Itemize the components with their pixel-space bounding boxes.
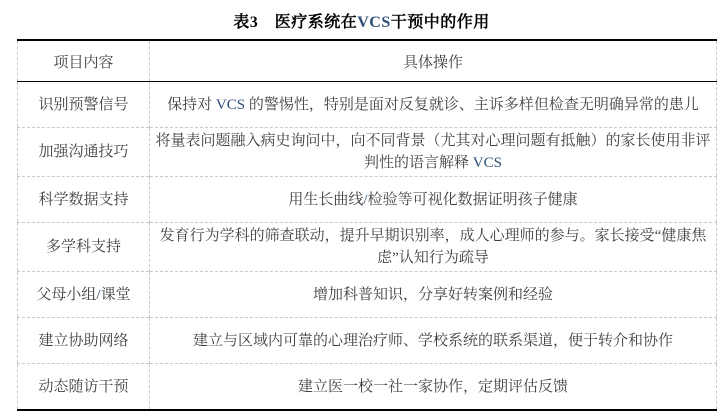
action-cell: 用生长曲线/检验等可视化数据证明孩子健康 [150,177,717,223]
item-cell: 动态随访干预 [18,364,150,411]
item-cell: 父母小组/课堂 [18,272,150,318]
action-cell: 将量表问题融入病史询问中，向不同背景（尤其对心理问题有抵触）的家长使用非评判性的… [150,128,717,177]
action-cell: 保持对 VCS 的警惕性，特别是面对反复就诊、主诉多样但检查无明确异常的患儿 [150,82,717,128]
table-row: 父母小组/课堂 增加科普知识，分享好转案例和经验 [18,272,717,318]
item-cell: 建立协助网络 [18,318,150,364]
item-cell: 科学数据支持 [18,177,150,223]
document: 表3 医疗系统在VCS干预中的作用 项目内容 具体操作 识别预警信号 保持对 V… [0,9,723,411]
table-row: 识别预警信号 保持对 VCS 的警惕性，特别是面对反复就诊、主诉多样但检查无明确… [18,82,717,128]
item-cell: 多学科支持 [18,223,150,272]
item-cell: 识别预警信号 [18,82,150,128]
action-cell: 增加科普知识，分享好转案例和经验 [150,272,717,318]
table-caption: 表3 医疗系统在VCS干预中的作用 [0,9,723,32]
action-cell: 发育行为学科的筛查联动，提升早期识别率，成人心理师的参与。家长接受“健康焦虑”认… [150,223,717,272]
table-row: 动态随访干预 建立医一校一社一家协作，定期评估反馈 [18,364,717,411]
page: { "title": "表3 医疗系统在VCS干预中的作用", "table":… [0,0,723,415]
table-row: 建立协助网络 建立与区域内可靠的心理治疗师、学校系统的联系渠道，便于转介和协作 [18,318,717,364]
action-cell: 建立医一校一社一家协作，定期评估反馈 [150,364,717,411]
item-cell: 加强沟通技巧 [18,128,150,177]
header-cell-action: 具体操作 [150,40,717,82]
table-row: 多学科支持 发育行为学科的筛查联动，提升早期识别率，成人心理师的参与。家长接受“… [18,223,717,272]
header-row: 项目内容 具体操作 [18,40,717,82]
action-cell: 建立与区域内可靠的心理治疗师、学校系统的联系渠道，便于转介和协作 [150,318,717,364]
intervention-table: 项目内容 具体操作 识别预警信号 保持对 VCS 的警惕性，特别是面对反复就诊、… [17,39,717,411]
table-row: 科学数据支持 用生长曲线/检验等可视化数据证明孩子健康 [18,177,717,223]
table-row: 加强沟通技巧 将量表问题融入病史询问中，向不同背景（尤其对心理问题有抵触）的家长… [18,128,717,177]
header-cell-item: 项目内容 [18,40,150,82]
